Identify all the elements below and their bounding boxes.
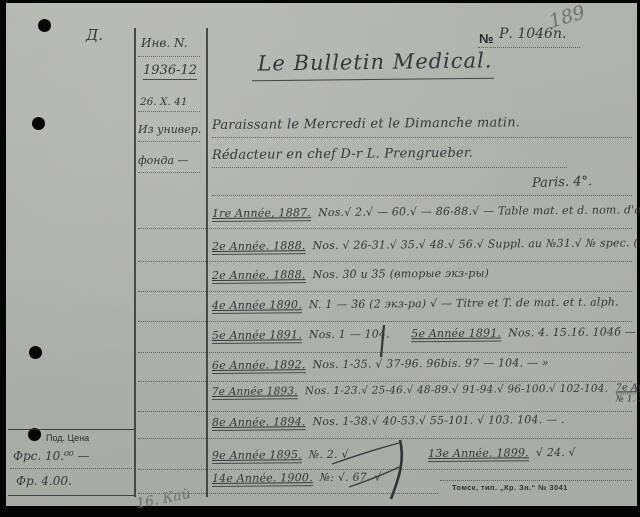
rule-line — [138, 111, 200, 112]
rule-line — [138, 321, 632, 322]
rule-line — [10, 468, 132, 469]
spacer — [352, 457, 424, 458]
price-row-1: Фрс. 10.⁰⁰ — — [13, 449, 90, 463]
rule-line — [138, 56, 200, 57]
holdings-detail: Nos. 1-23.√ 25-46.√ 48-89.√ 91-94.√ 96-1… — [305, 383, 608, 398]
year-label-duplicate: 7e Anné 1893. — [616, 382, 640, 395]
holdings-row: 2e Année. 1888.Nos. 30 и 35 (вторые экз-… — [212, 267, 489, 282]
holdings-detail: №: √. 67. √ — [320, 471, 382, 485]
duplicate-note: 7e Anné 1893. № 1. 2-й экз. — [616, 382, 640, 406]
rule-line — [212, 137, 632, 138]
year-label: 9e Année 1895. — [212, 448, 302, 464]
catalog-number: Р. 1046п. — [499, 26, 566, 42]
rule-line — [138, 291, 632, 292]
rule-line — [138, 352, 632, 353]
year-label: 7e Année 1893. — [212, 385, 298, 400]
year-label: 2e Année. 1888. — [212, 239, 306, 255]
year-label: 6e Année. 1892. — [212, 358, 306, 374]
holdings-row: 9e Année 1895.№. 2. √ 13e Année. 1899.√ … — [212, 446, 576, 462]
number-sign-label: № — [479, 31, 494, 46]
printer-imprint: Томск, тип. „Кр. Зн.“ № 3041 — [452, 483, 568, 492]
rule-line — [138, 172, 200, 173]
rule-line — [138, 228, 632, 229]
year-label: 8e Année. 1894. — [212, 415, 306, 431]
holdings-detail: Nos. 1-35. √ 37-96. 96bis. 97 — 104. — » — [313, 356, 549, 371]
holdings-detail: Nos. 1-38.√ 40-53.√ 55-101. √ 103. 104. … — [313, 413, 565, 428]
inventory-label: Инв. N. — [141, 36, 188, 50]
card-paper — [6, 3, 637, 506]
rule-line — [440, 480, 632, 481]
place-of-publication: Paris. 4°. — [532, 174, 593, 191]
fund-note-line2: фонда — — [138, 154, 189, 167]
holdings-detail: Nos. 1 — 104. — [309, 327, 390, 341]
year-label: 2e Année. 1888. — [212, 268, 306, 284]
column-line-left — [134, 28, 136, 497]
holdings-detail: №. 2. √ — [309, 448, 349, 461]
price-box-top-line — [8, 429, 134, 430]
punch-hole — [32, 117, 45, 130]
duplicate-note-text: № 1. 2-й экз. — [616, 393, 640, 406]
holdings-detail-second: √ 24. √ — [536, 446, 576, 459]
rule-line — [138, 141, 200, 142]
year-label: 5e Année 1891. — [212, 328, 302, 344]
rule-line — [138, 381, 632, 382]
year-label: 4e Année 1890. — [212, 298, 302, 314]
corner-letter: Д. — [86, 26, 103, 44]
price-box-bottom-line — [8, 495, 134, 496]
price-box-header: Под. Цена — [46, 433, 89, 443]
holdings-detail: Nos.√ 2.√ — 60.√ — 86-88.√ — Table mat. … — [318, 203, 640, 219]
rule-line — [138, 261, 632, 262]
holdings-detail: N. 1 — 36 (2 экз-ра) √ — Titre et T. de … — [309, 295, 619, 311]
rule-line — [212, 167, 567, 168]
punch-hole — [38, 19, 51, 32]
holdings-detail-duplicate: Nos. 4. 15.16. 104б — вт. — [508, 325, 640, 339]
year-label: 14e Année. 1900. — [212, 471, 313, 487]
year-label-second: 13e Année. 1899. — [428, 446, 529, 462]
inventory-number: 1936-12 — [143, 63, 197, 80]
year-label: 1re Année, 1887. — [212, 206, 311, 222]
holdings-row: 14e Année. 1900.№: √. 67. √ — [212, 471, 382, 485]
price-row-2: Фр. 4.00. — [16, 474, 72, 488]
rule-line — [212, 195, 632, 196]
accession-date: 26. X. 41 — [140, 96, 188, 108]
year-label-duplicate: 5e Année 1891. — [411, 326, 501, 342]
column-line-right — [206, 28, 208, 497]
holdings-detail: Nos. √ 26-31.√ 35.√ 48.√ 56.√ Suppl. au … — [313, 236, 640, 252]
punch-hole — [29, 346, 42, 359]
holdings-row: 7e Année 1893.Nos. 1-23.√ 25-46.√ 48-89.… — [212, 382, 640, 409]
rule-line — [138, 438, 632, 439]
rule-line — [138, 469, 632, 470]
holdings-detail: Nos. 30 и 35 (вторые экз-ры) — [313, 267, 490, 282]
rule-line — [138, 411, 632, 412]
journal-title: Le Bulletin Medical. — [253, 48, 497, 75]
fund-note-line1: Из универ. — [138, 123, 201, 136]
subtitle-editor: Rédacteur en chef D-r L. Prengrueber. — [212, 146, 473, 163]
subtitle-frequency: Paraissant le Mercredi et le Dimanche ma… — [212, 115, 520, 133]
scanned-catalog-card: 189 № Р. 1046п. Д. Инв. N. 1936-12 26. X… — [0, 0, 640, 517]
